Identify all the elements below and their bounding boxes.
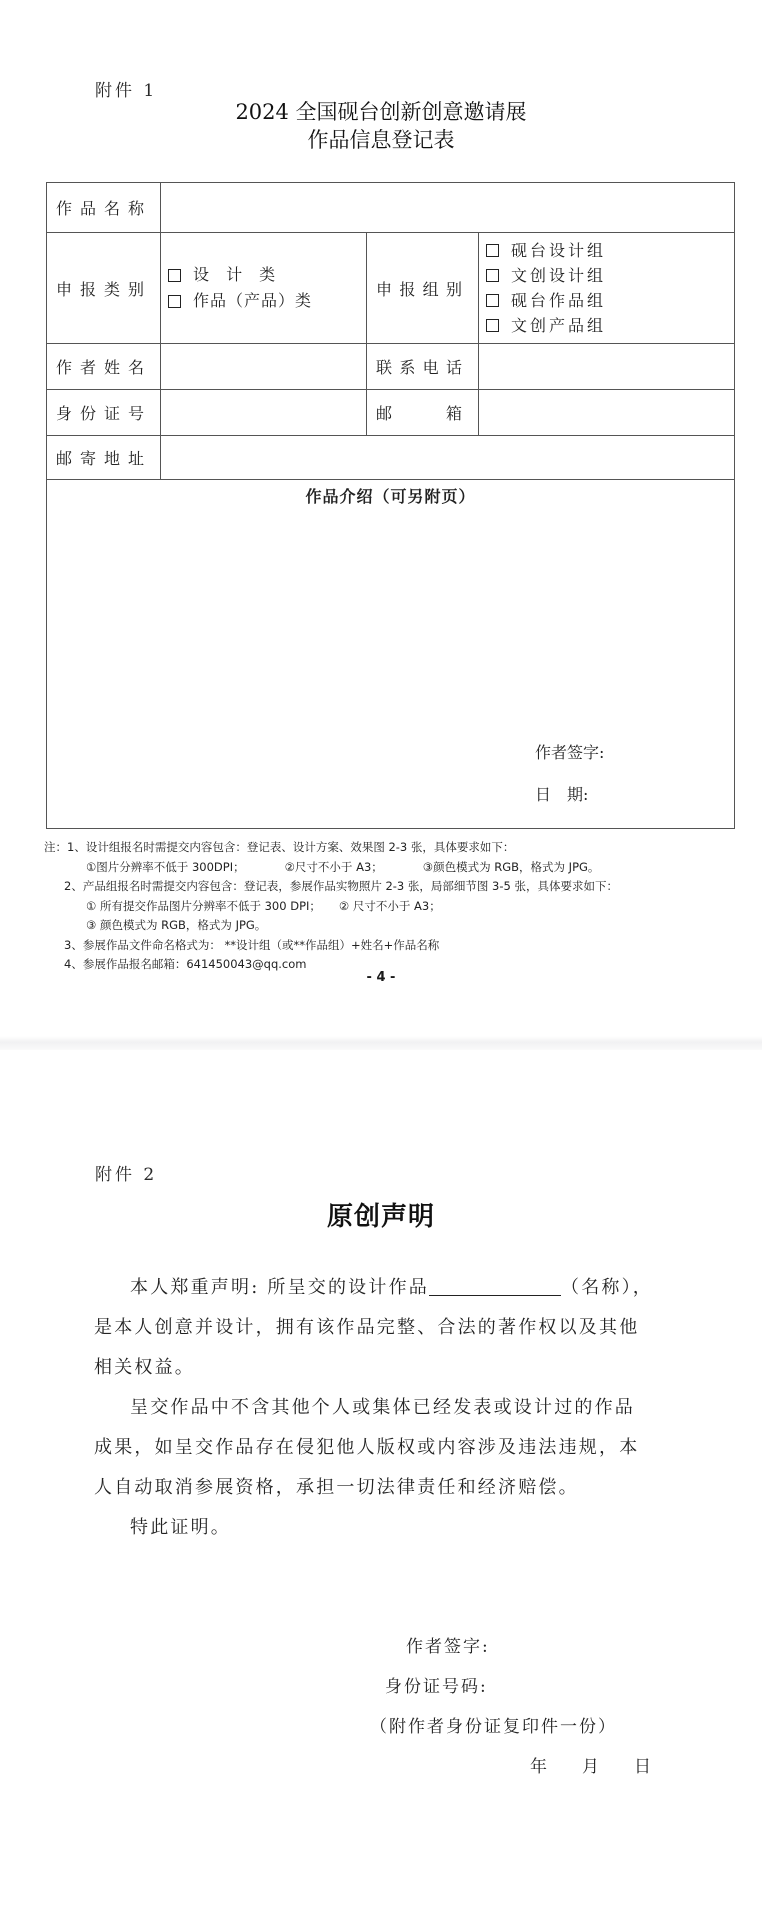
work-name-label-text: 作品名称 bbox=[47, 196, 160, 219]
work-name-field[interactable] bbox=[161, 183, 735, 233]
group-option-label: 砚台作品组 bbox=[511, 288, 606, 313]
note-4: 4、参展作品报名邮箱：641450043@qq.com bbox=[64, 957, 306, 971]
declaration-text: （名称）， bbox=[561, 1277, 653, 1298]
declaration-line: 是本人创意并设计，拥有该作品完整、合法的著作权以及其他 bbox=[94, 1308, 654, 1348]
note-1-req-2: ②尺寸不小于 A3； bbox=[285, 860, 383, 874]
id-number-field[interactable] bbox=[161, 390, 367, 436]
declaration-signature-label: 作者签字: bbox=[406, 1627, 490, 1667]
declaration-paragraph-2: 呈交作品中不含其他个人或集体已经发表或设计过的作品 bbox=[94, 1388, 654, 1428]
intro-signature-block: 作者签字: 日 期: bbox=[535, 732, 604, 816]
group-option-cultural-design[interactable]: 文创设计组 bbox=[486, 263, 734, 288]
declaration-paragraph-1: 本人郑重声明: 所呈交的设计作品（名称）， bbox=[94, 1268, 654, 1308]
document-subtitle: 作品信息登记表 bbox=[0, 126, 762, 154]
group-option-label: 砚台设计组 bbox=[511, 238, 606, 263]
checkbox-icon[interactable] bbox=[486, 319, 499, 332]
intro-signature-label: 作者签字: bbox=[535, 732, 604, 774]
group-option-label: 文创设计组 bbox=[511, 263, 606, 288]
declaration-title: 原创声明 bbox=[0, 1196, 762, 1233]
category-option-product[interactable]: 作品（产品）类 bbox=[168, 288, 366, 314]
id-number-label-text: 身份证号 bbox=[47, 401, 160, 424]
notes-prefix: 注： bbox=[44, 840, 67, 854]
checkbox-icon[interactable] bbox=[168, 295, 181, 308]
author-name-field[interactable] bbox=[161, 344, 367, 390]
phone-label: 联系电话 bbox=[367, 344, 479, 390]
declaration-paragraph-3: 特此证明。 bbox=[94, 1508, 654, 1548]
declaration-date-day: 日 bbox=[634, 1747, 653, 1787]
group-option-inkstone-design[interactable]: 砚台设计组 bbox=[486, 238, 734, 263]
checkbox-icon[interactable] bbox=[168, 269, 181, 282]
category-option-design[interactable]: 设 计 类 bbox=[168, 262, 366, 288]
declaration-date-month: 月 bbox=[582, 1747, 601, 1787]
note-2-req-3: ③ 颜色模式为 RGB，格式为 JPG。 bbox=[86, 918, 266, 932]
checkbox-icon[interactable] bbox=[486, 244, 499, 257]
group-label: 申报组别 bbox=[367, 233, 479, 344]
declaration-date-year: 年 bbox=[530, 1747, 549, 1787]
phone-field[interactable] bbox=[479, 344, 735, 390]
intro-title: 作品介绍（可另附页） bbox=[47, 480, 734, 507]
email-label-right: 箱 bbox=[446, 401, 469, 424]
declaration-line: 成果，如呈交作品存在侵犯他人版权或内容涉及违法违规，本 bbox=[94, 1428, 654, 1468]
note-3: 3、参展作品文件命名格式为： **设计组（或**作品组）+姓名+作品名称 bbox=[64, 938, 439, 952]
category-options-cell: 设 计 类 作品（产品）类 bbox=[161, 233, 367, 344]
note-1-req-3: ③颜色模式为 RGB，格式为 JPG。 bbox=[423, 860, 600, 874]
declaration-line: 相关权益。 bbox=[94, 1348, 654, 1388]
category-label: 申报类别 bbox=[47, 233, 161, 344]
document-title: 2024 全国砚台创新创意邀请展 bbox=[0, 98, 762, 126]
group-option-inkstone-work[interactable]: 砚台作品组 bbox=[486, 288, 734, 313]
work-name-blank[interactable] bbox=[429, 1273, 561, 1296]
author-name-label-text: 作者姓名 bbox=[47, 355, 160, 378]
declaration-id-label: 身份证号码: bbox=[385, 1667, 488, 1707]
note-2: 2、产品组报名时需提交内容包含：登记表，参展作品实物照片 2-3 张，局部细节图… bbox=[64, 879, 618, 893]
notes-section: 注：1、设计组报名时需提交内容包含：登记表、设计方案、效果图 2-3 张，具体要… bbox=[44, 838, 744, 975]
checkbox-icon[interactable] bbox=[486, 294, 499, 307]
email-field[interactable] bbox=[479, 390, 735, 436]
registration-form-table: 作品名称 申报类别 设 计 类 作品（产品）类 申报组别 bbox=[46, 182, 735, 829]
checkbox-icon[interactable] bbox=[486, 269, 499, 282]
intro-date-label: 日 期: bbox=[535, 774, 604, 816]
address-field[interactable] bbox=[161, 436, 735, 480]
group-option-label: 文创产品组 bbox=[511, 313, 606, 338]
work-name-label: 作品名称 bbox=[47, 183, 161, 233]
intro-cell[interactable]: 作品介绍（可另附页） 作者签字: 日 期: bbox=[47, 480, 735, 829]
declaration-text: 本人郑重声明: 所呈交的设计作品 bbox=[130, 1277, 429, 1298]
category-label-text: 申报类别 bbox=[47, 277, 160, 300]
page-number: - 4 - bbox=[0, 970, 762, 985]
declaration-body: 本人郑重声明: 所呈交的设计作品（名称）， 是本人创意并设计，拥有该作品完整、合… bbox=[94, 1268, 654, 1548]
declaration-id-copy-note: （附作者身份证复印件一份） bbox=[370, 1707, 617, 1747]
author-name-label: 作者姓名 bbox=[47, 344, 161, 390]
group-label-text: 申报组别 bbox=[367, 277, 478, 300]
phone-label-text: 联系电话 bbox=[367, 355, 478, 378]
category-option-label: 设 计 类 bbox=[193, 262, 281, 288]
email-label: 邮 箱 bbox=[367, 390, 479, 436]
category-option-label: 作品（产品）类 bbox=[193, 288, 312, 314]
note-1: 1、设计组报名时需提交内容包含：登记表、设计方案、效果图 2-3 张，具体要求如… bbox=[67, 840, 514, 854]
id-number-label: 身份证号 bbox=[47, 390, 161, 436]
email-label-left: 邮 bbox=[376, 401, 399, 424]
declaration-line: 人自动取消参展资格，承担一切法律责任和经济赔偿。 bbox=[94, 1468, 654, 1508]
note-2-req-2: ② 尺寸不小于 A3； bbox=[339, 899, 441, 913]
note-1-req-1: ①图片分辨率不低于 300DPI； bbox=[86, 860, 245, 874]
note-2-req-1: ① 所有提交作品图片分辨率不低于 300 DPI； bbox=[86, 899, 321, 913]
group-options-cell: 砚台设计组 文创设计组 砚台作品组 文创产品组 bbox=[479, 233, 735, 344]
attachment-label-2: 附件 2 bbox=[95, 1160, 157, 1185]
address-label-text: 邮寄地址 bbox=[47, 446, 160, 469]
page-divider bbox=[0, 1036, 762, 1050]
group-option-cultural-product[interactable]: 文创产品组 bbox=[486, 313, 734, 338]
address-label: 邮寄地址 bbox=[47, 436, 161, 480]
